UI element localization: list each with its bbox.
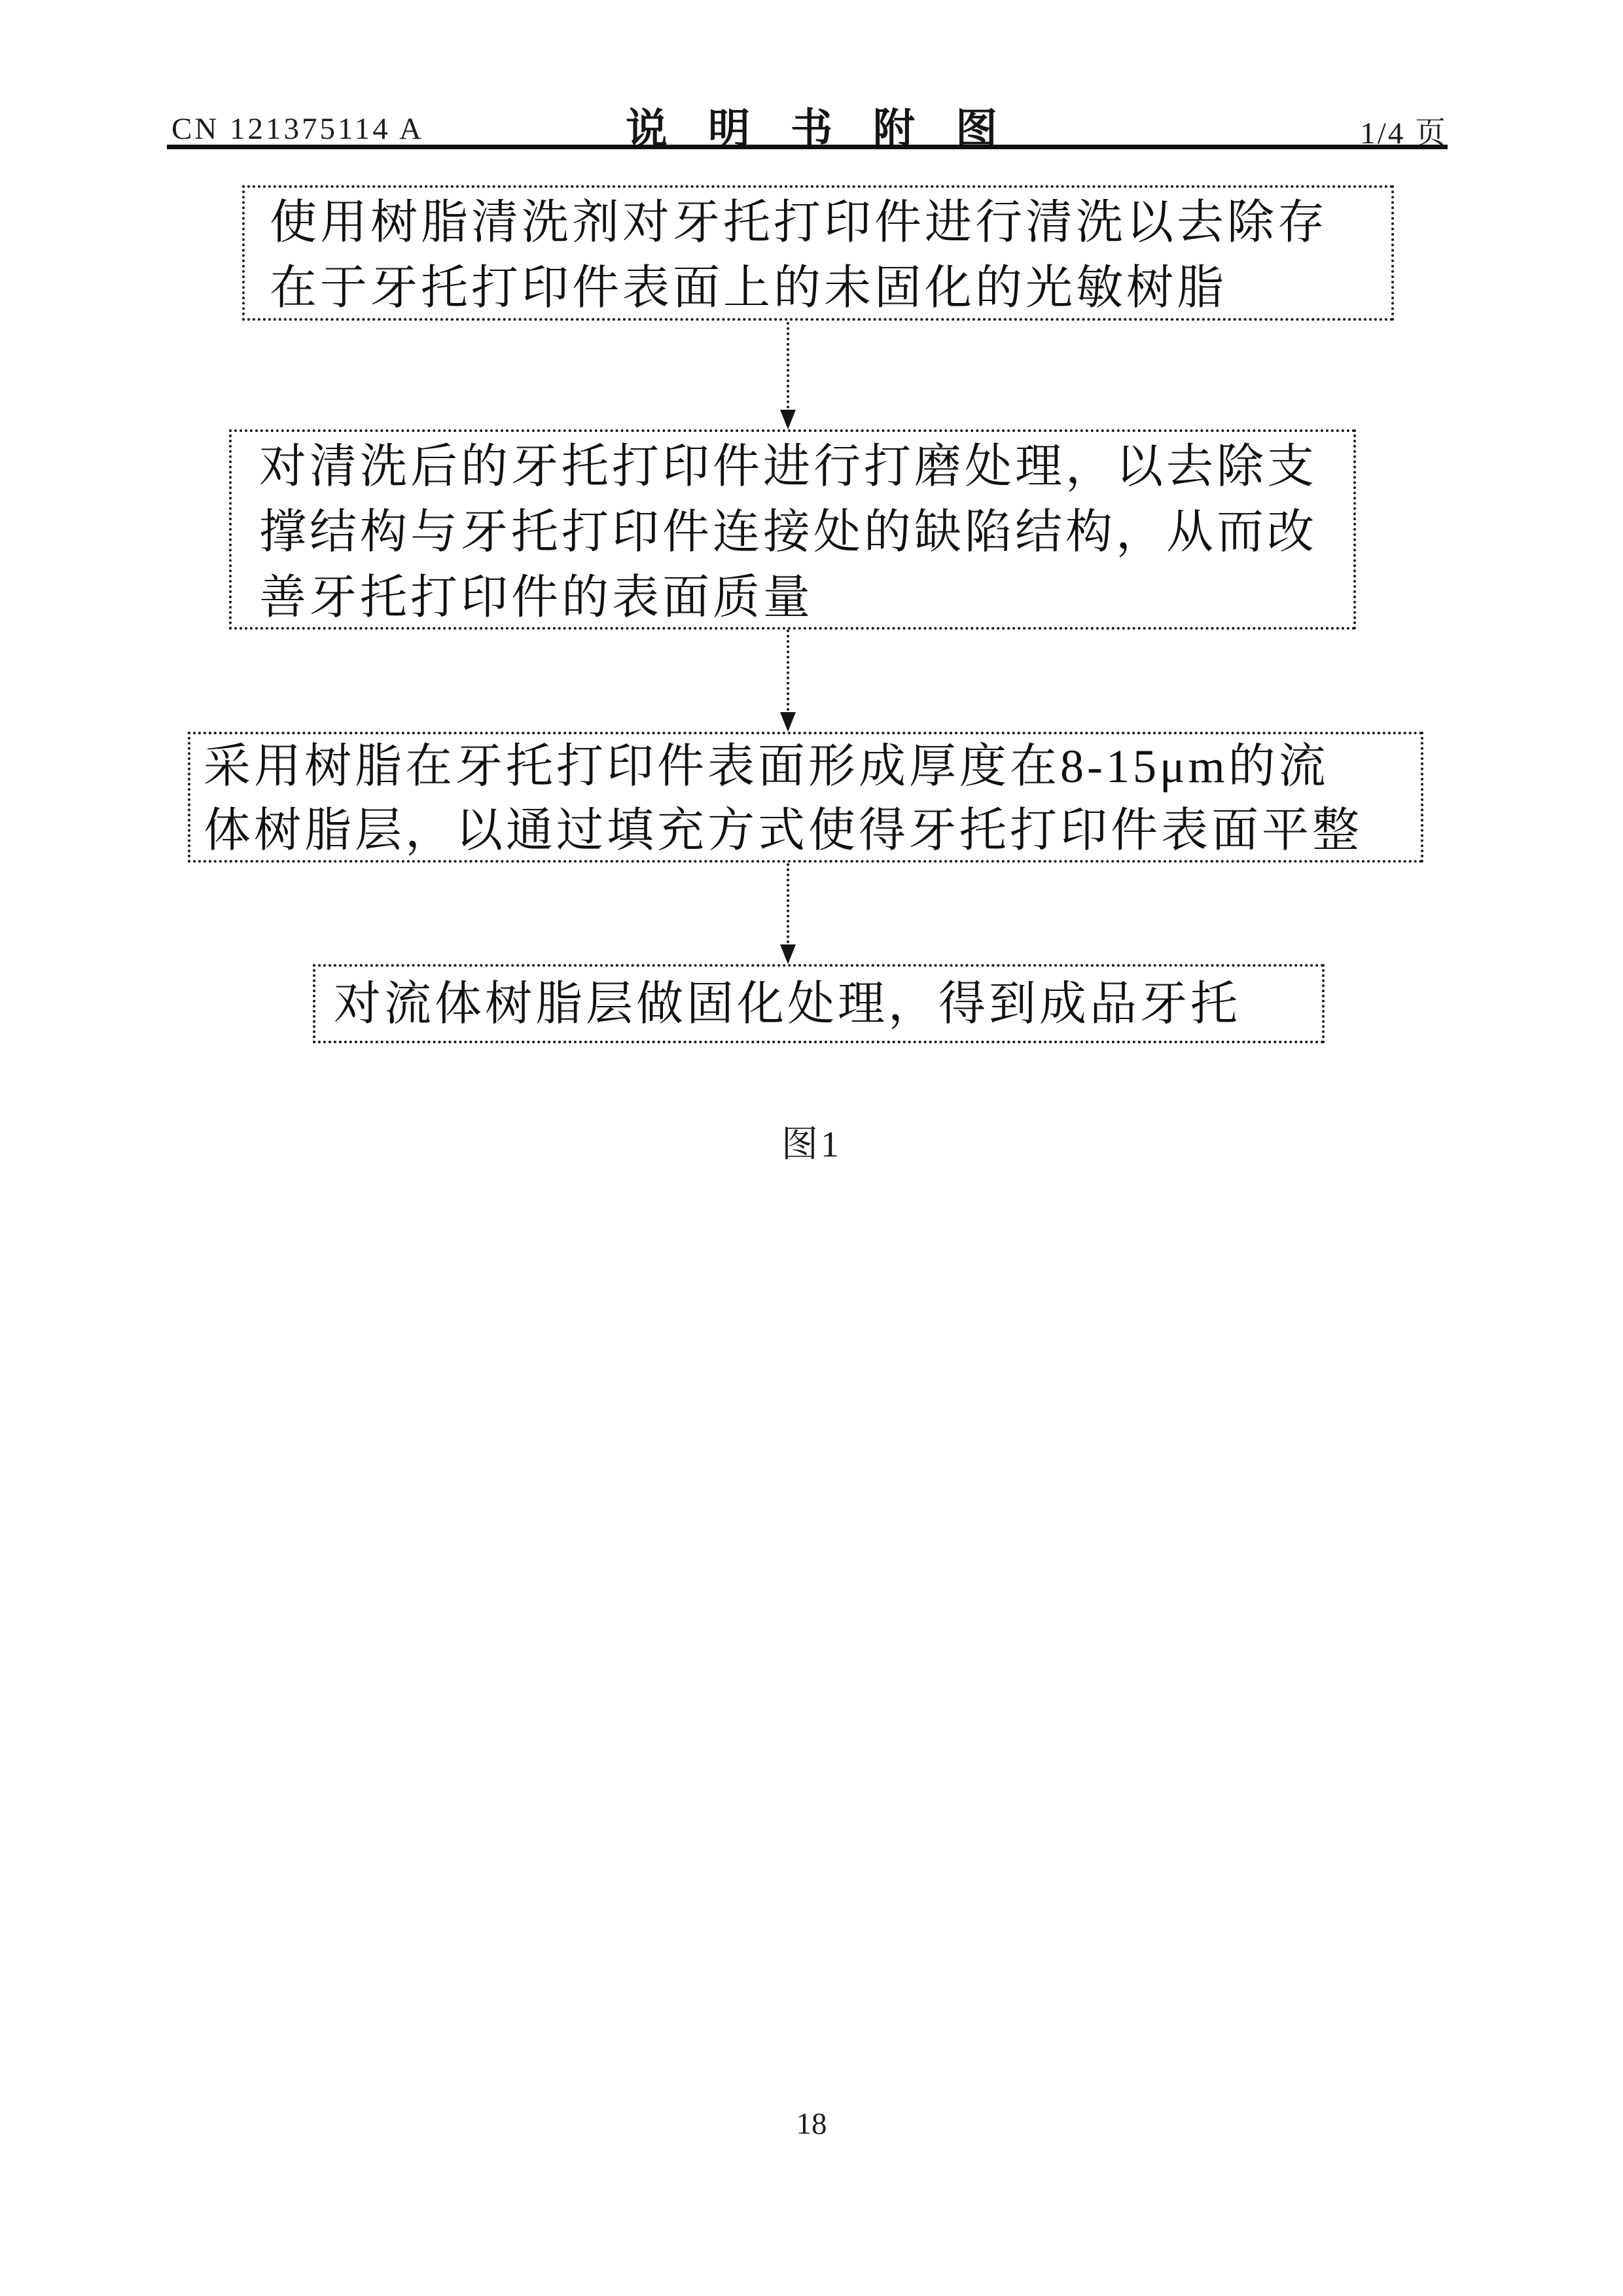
flow-step-3: 采用树脂在牙托打印件表面形成厚度在8-15μm的流 体树脂层，以通过填充方式使得… <box>188 732 1423 863</box>
header-divider <box>167 145 1448 149</box>
flow-arrow-2 <box>779 630 796 732</box>
page-number: 18 <box>0 2106 1623 2142</box>
patent-page: CN 121375114 A 说明书附图 1/4 页 使用树脂清洗剂对牙托打印件… <box>0 0 1623 2296</box>
flow-step-4-text: 对流体树脂层做固化处理，得到成品牙托 <box>334 971 1241 1037</box>
arrow-shaft <box>787 322 789 414</box>
figure-caption: 图1 <box>0 1115 1623 1168</box>
arrow-shaft <box>787 863 789 948</box>
flow-arrow-1 <box>779 322 796 429</box>
flow-step-1: 使用树脂清洗剂对牙托打印件进行清洗以去除存 在于牙托打印件表面上的未固化的光敏树… <box>242 185 1394 321</box>
flow-step-4: 对流体树脂层做固化处理，得到成品牙托 <box>313 964 1325 1043</box>
flow-arrow-3 <box>779 863 796 964</box>
flow-step-2: 对清洗后的牙托打印件进行打磨处理，以去除支 撑结构与牙托打印件连接处的缺陷结构，… <box>229 429 1356 630</box>
arrow-shaft <box>787 630 789 716</box>
arrow-down-icon <box>780 944 796 964</box>
arrow-down-icon <box>780 410 796 429</box>
arrow-down-icon <box>780 712 796 732</box>
